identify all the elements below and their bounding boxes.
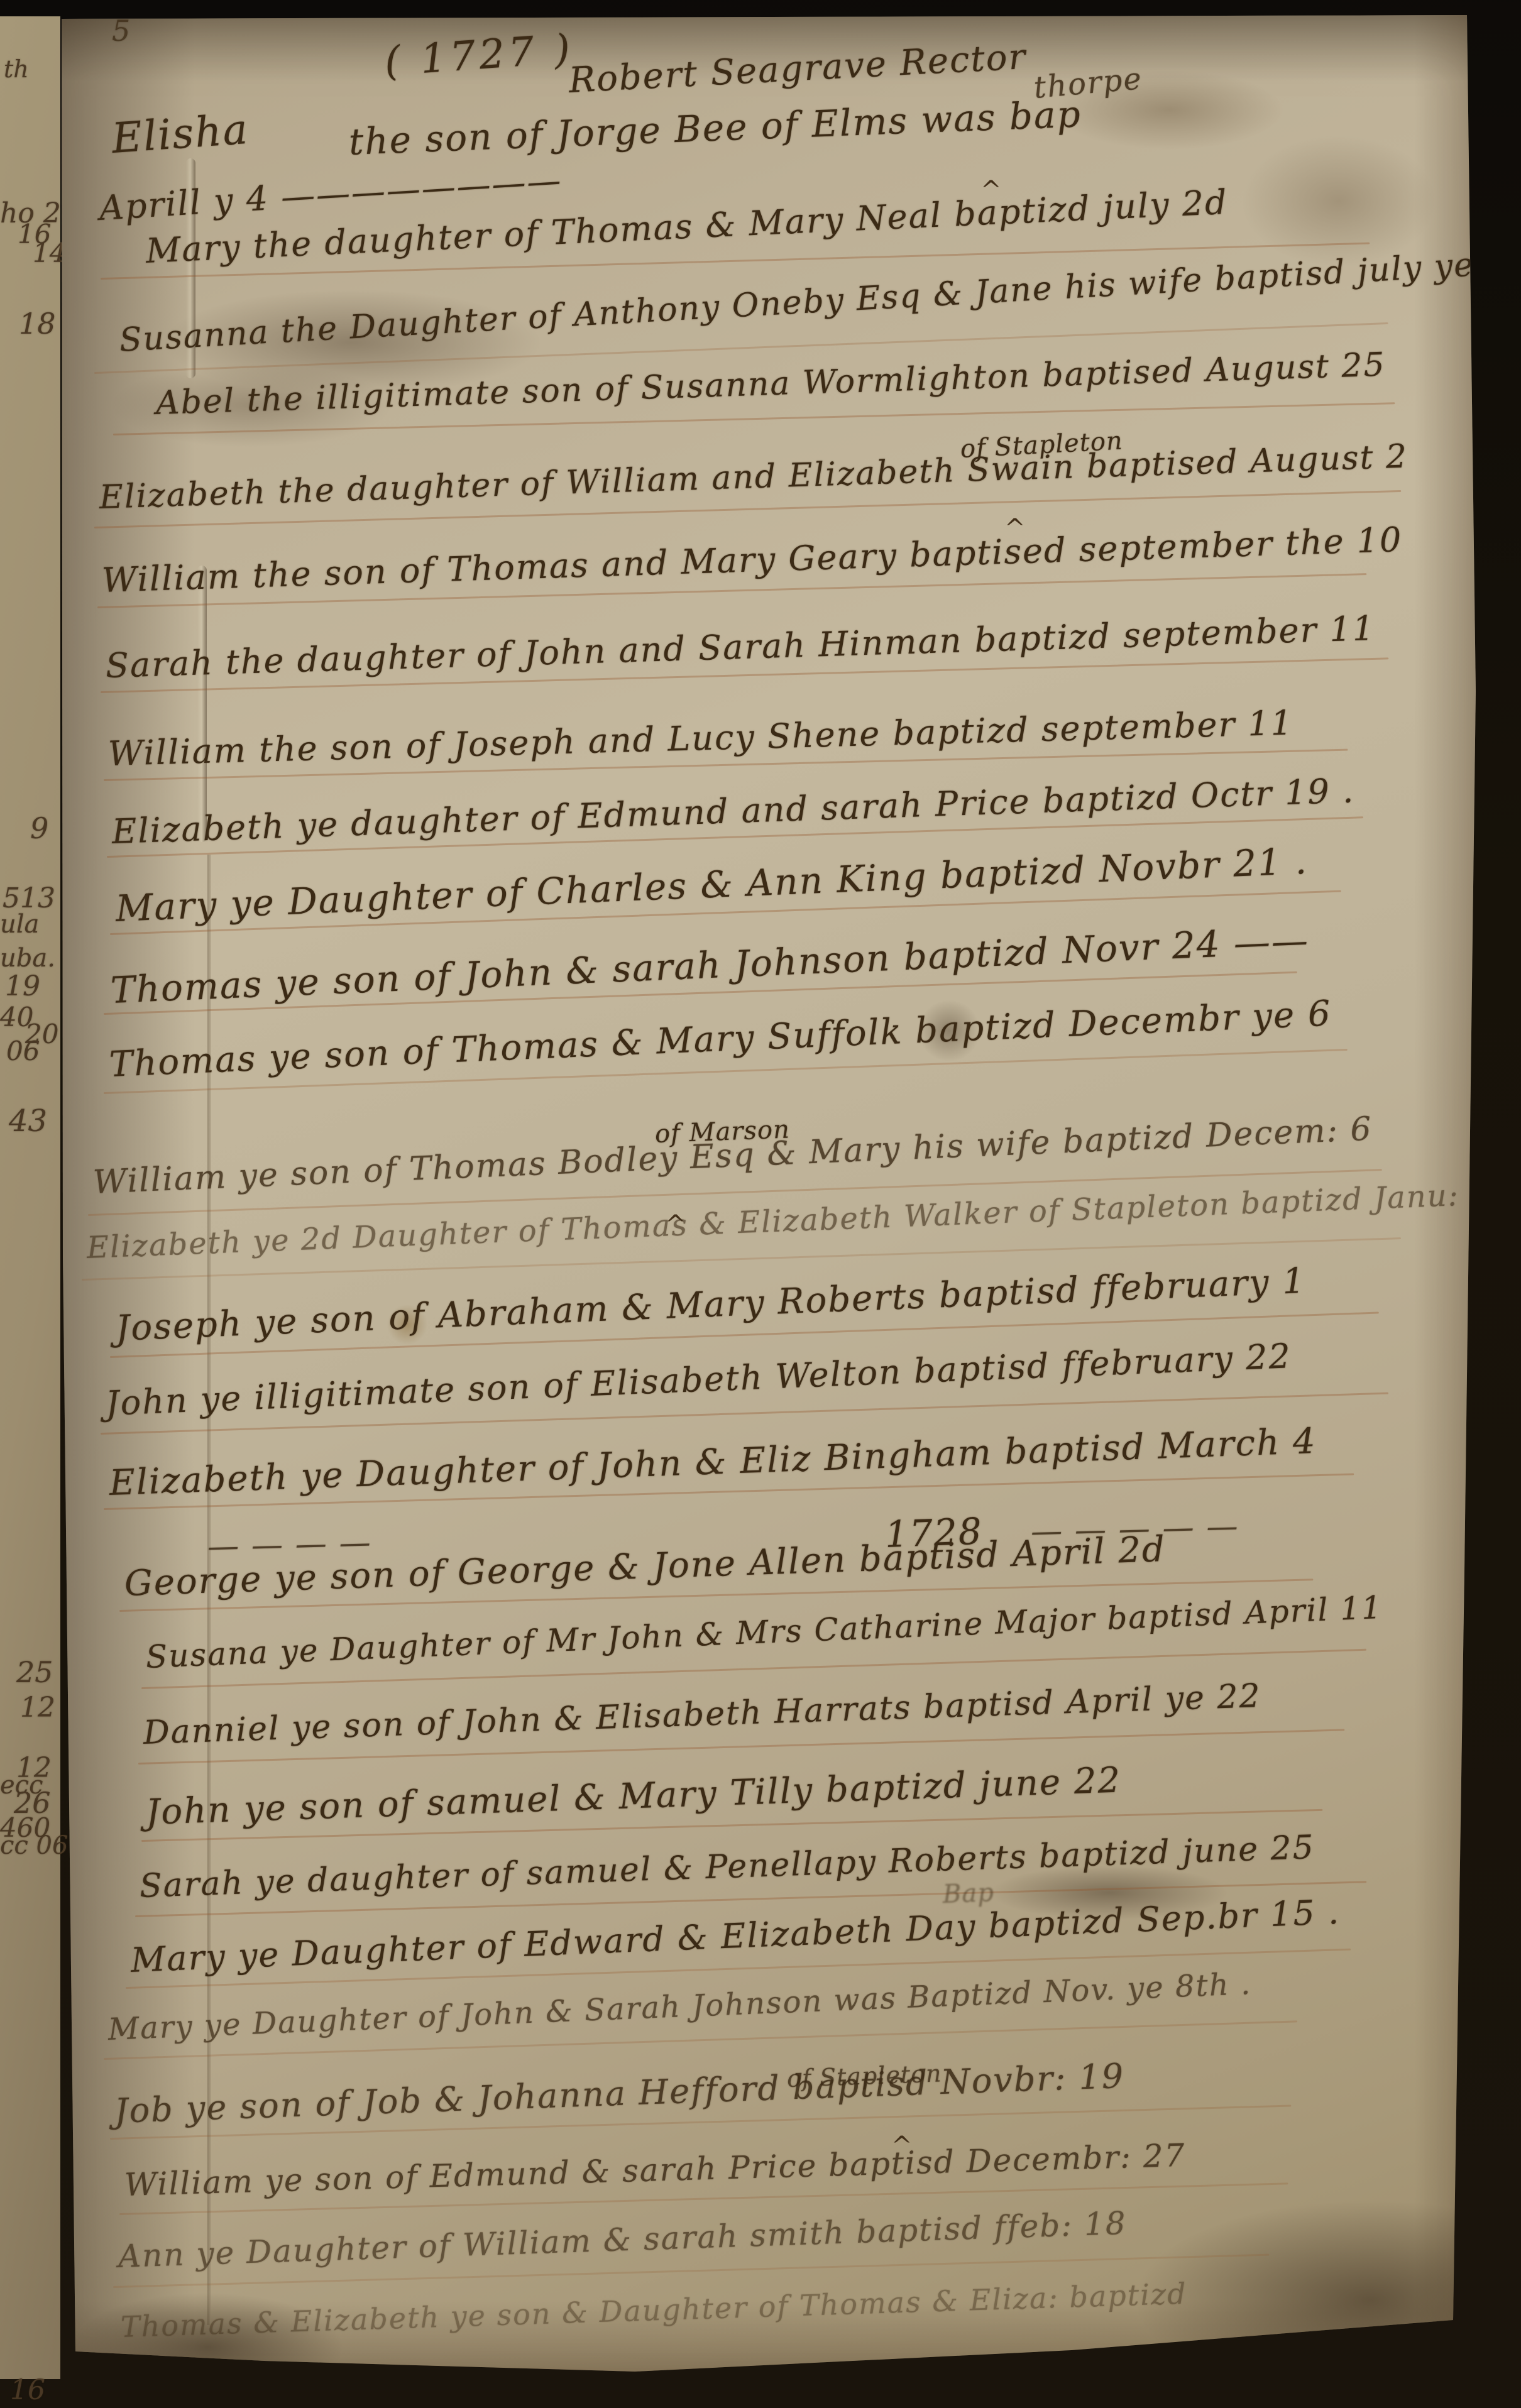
margin-fragment: th [4,55,29,83]
margin-fragment: 18 [19,307,56,341]
page-number: 5 [112,14,131,48]
register-entry: William the son of Joseph and Lucy Shene… [107,703,1294,774]
register-entry: Elizabeth ye daughter of Edmund and sara… [111,770,1355,851]
register-entry: William the son of Thomas and Mary Geary… [101,520,1403,600]
margin-fragment: 25 [16,1655,53,1689]
register-entry: John ye son of samuel & Mary Tilly bapti… [145,1760,1122,1833]
opening-entry-line: the son of Jorge Bee of Elms was bap [348,92,1082,163]
margin-fragment: uba. [0,944,55,973]
register-entry: Job ye son of Job & Johanna Hefford bapt… [114,2056,1125,2131]
margin-fragment: 12 [20,1692,55,1724]
manuscript-photo: th ho 20 16 14 18 9 513 ula uba. 19 40 2… [0,0,1521,2408]
register-entry: Susana ye Daughter of Mr John & Mrs Cath… [145,1589,1383,1675]
register-entry: Abel the illigitimate son of Susanna Wor… [155,346,1386,422]
rector-signature: Robert Seagrave Rector [568,36,1027,101]
margin-fragment: cc 06 [0,1831,68,1860]
register-entry: Ann ye Daughter of William & sarah smith… [118,2205,1127,2275]
register-entry-faded: Thomas & Elizabeth ye son & Daughter of … [120,2277,1187,2344]
register-entry: Mary ye Daughter of Edward & Elizabeth D… [130,1892,1341,1980]
margin-fragment: 14 [33,238,66,268]
register-page: 5 ( 1727 ) Robert Seagrave Rector thorpe… [0,0,1521,2408]
margin-fragment: 06 [6,1036,40,1066]
margin-fragment: ula [0,910,39,939]
register-entry: John ye illigitimate son of Elisabeth We… [105,1336,1292,1423]
margin-fragment: 9 [30,811,48,845]
year-header: ( 1727 ) [383,26,575,85]
register-entry: William ye son of Edmund & sarah Price b… [124,2137,1186,2203]
margin-fragment: 16 [10,2374,45,2406]
register-entry: Thomas ye son of John & sarah Johnson ba… [110,919,1310,1012]
binding-cord [197,566,207,842]
margin-fragment: 43 [9,1103,47,1139]
register-entry: Mary ye Daughter of John & Sarah Johnson… [107,1966,1252,2047]
register-entry: Danniel ye son of John & Elisabeth Harra… [143,1677,1262,1752]
register-entry: Mary ye Daughter of Charles & Ann King b… [115,840,1309,930]
register-entry: Sarah ye daughter of samuel & Penellapy … [139,1829,1315,1905]
smudged-annotation: Bap [942,1878,994,1909]
opening-entry-name: Elisha [110,105,250,163]
register-entry: Elizabeth the daughter of William and El… [99,438,1408,517]
facing-page-edge: th ho 20 16 14 18 9 513 ula uba. 19 40 2… [0,16,60,2379]
margin-fragment: 19 [5,970,40,1002]
